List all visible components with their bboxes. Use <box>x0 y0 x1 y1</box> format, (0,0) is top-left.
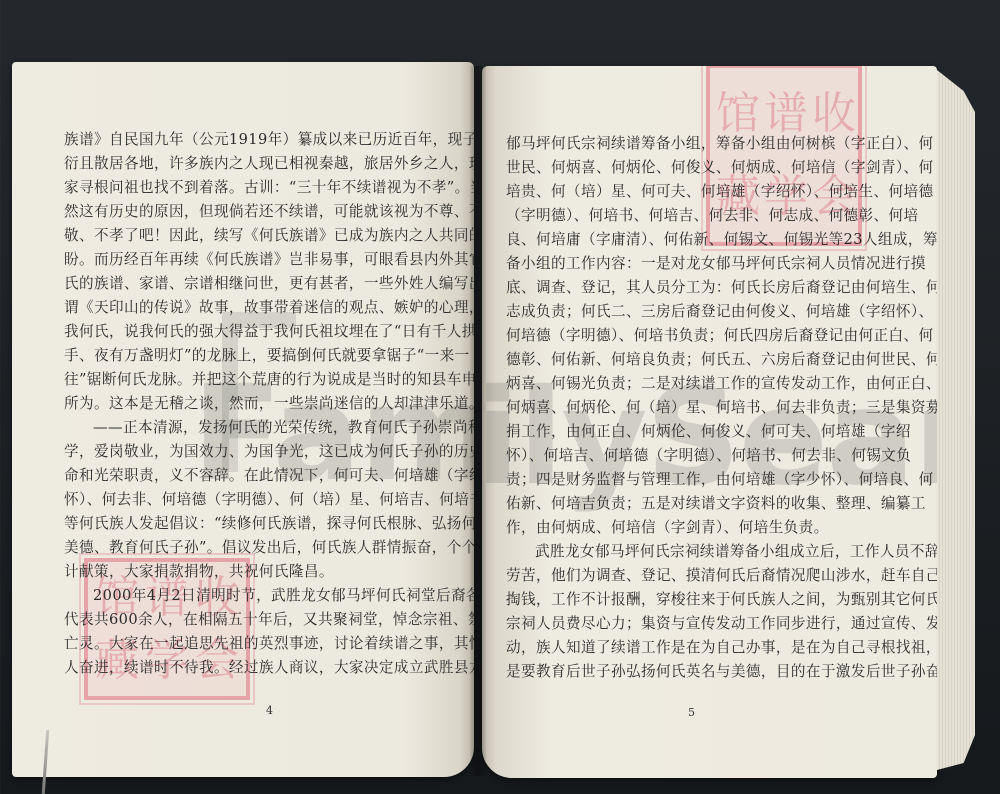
text-line: 衍且散居各地，许多族内之人现已相视秦越，旅居外乡之人，现回 <box>64 152 454 176</box>
text-line: 掏钱，工作不计报酬，穿梭往来于何氏族人之间，为甄别其它何氏 <box>506 588 902 612</box>
text-line: 宗祠人员费尽心力；集资与宣传发动工作同步进行，通过宣传、发 <box>506 612 902 636</box>
page-number-right: 5 <box>688 706 695 719</box>
text-line: 备小组的工作内容：一是对龙女郁马坪何氏宗祠人员情况进行摸 <box>506 252 902 276</box>
text-line: 志成负责；何氏二、三房后裔登记由何俊义、何培雄（字绍怀）、 <box>506 300 902 324</box>
text-line: 何培德（字明德）、何培书负责；何氏四房后裔登记由何正白、何 <box>506 324 902 348</box>
text-line: 手、夜有万盏明灯”的龙脉上，要搞倒何氏就要拿锯子“一来一 <box>64 344 454 368</box>
text-line: 代表共600余人，在相隔五十年后，又共聚祠堂，悼念宗祖、祭奠 <box>64 608 454 632</box>
text-line: 美德、教育何氏子孙”。倡议发出后，何氏族人群情振奋，个个献 <box>64 536 454 560</box>
paragraph-start-line: ——正本清源，发扬何氏的光荣传统，教育何氏子孙崇尚科 <box>64 416 454 440</box>
text-line: 族谱》自民国九年（公元1919年）纂成以来已历近百年，现子孙繁 <box>64 128 454 152</box>
text-line: 何炳喜、何炳伦、何（培）星、何培书、何去非负责；三是集资募 <box>506 396 902 420</box>
book-page-edges <box>937 70 975 770</box>
text-line: 盼。而历经百年再续《何氏族谱》岂非易事，可眼看县内外其它姓 <box>64 248 454 272</box>
text-line: 氏的族谱、家谱、宗谱相继问世，更有甚者，一些外姓人编写出所 <box>64 272 454 296</box>
text-line: 怀）、何培吉、何培德（字明德）、何培书、何去非、何锡文负 <box>506 444 902 468</box>
text-line: 学，爱岗敬业，为国效力、为国争光，这已成为何氏子孙的历史使 <box>64 440 454 464</box>
text-line: 敬、不孝了吧！因此，续写《何氏族谱》已成为族内之人共同的企 <box>64 224 454 248</box>
text-line: 谓《天印山的传说》故事，故事带着迷信的观点、嫉妒的心理，诬 <box>64 296 454 320</box>
text-line: 佑新、何培吉负责；五是对续谱文字资料的收集、整理、编纂工 <box>506 492 902 516</box>
text-line: 亡灵。大家在一起追思先祖的英烈事迹，讨论着续谱之事，其情摧 <box>64 632 454 656</box>
text-line: 然这有历史的原因，但现倘若还不续谱，可能就该视为不尊、不 <box>64 200 454 224</box>
text-line: 培贵、何（培）星、何可夫、何培雄（字绍怀）、何培生、何培德 <box>506 180 902 204</box>
text-line: 责；四是财务监督与管理工作，由何培雄（字少怀）、何培良、何 <box>506 468 902 492</box>
text-line: 往”锯断何氏龙脉。并把这个荒唐的行为说成是当时的知县车申田 <box>64 368 454 392</box>
book-spine <box>470 66 486 776</box>
text-line: 计献策，大家捐款捐物，共祝何氏隆昌。 <box>64 560 454 584</box>
text-line: 劳苦，他们为调查、登记、摸清何氏后裔情况爬山涉水，赶车自己 <box>506 564 902 588</box>
text-line: （字明德）、何培书、何培吉、何去非、何志成、何德彰、何培 <box>506 204 902 228</box>
text-line: 怀）、何去非、何培德（字明德）、何（培）星、何培吉、何培书 <box>64 488 454 512</box>
text-line: 德彰、何佑新、何培良负责；何氏五、六房后裔登记由何世民、何 <box>506 348 902 372</box>
text-line: 是要教育后世子孙弘扬何氏英名与美德，目的在于激发后世子孙奋 <box>506 660 902 684</box>
text-line: 作，由何炳成、何培信（字剑青）、何培生负责。 <box>506 516 902 540</box>
text-line: 捐工作，由何正白、何炳伦、何俊义、何可夫、何培雄（字绍 <box>506 420 902 444</box>
text-line: 所为。这本是无稽之谈，然而，一些崇尚迷信的人却津津乐道。 <box>64 392 454 416</box>
text-line: 我何氏，说我何氏的强大得益于我何氏祖坟埋在了“日有千人拱 <box>64 320 454 344</box>
text-line: 郁马坪何氏宗祠续谱筹备小组，筹备小组由何树槟（字正白）、何 <box>506 132 902 156</box>
paragraph-start-line: 武胜龙女郁马坪何氏宗祠续谱筹备小组成立后，工作人员不辞 <box>506 540 902 564</box>
left-page: FamilySearch 馆 谱 收 藏 学 会 族谱》自民国九年（公元1919… <box>12 62 474 777</box>
right-page: FamilySearch 馆 谱 收 藏 学 会 郁马坪何氏宗祠续谱筹备小组，筹… <box>482 66 937 778</box>
left-page-body: 族谱》自民国九年（公元1919年）纂成以来已历近百年，现子孙繁 衍且散居各地，许… <box>64 128 454 680</box>
right-page-body: 郁马坪何氏宗祠续谱筹备小组，筹备小组由何树槟（字正白）、何 世民、何炳喜、何炳伦… <box>506 132 902 684</box>
text-line: 世民、何炳喜、何炳伦、何俊义、何炳成、何培信（字剑青）、何 <box>506 156 902 180</box>
text-line: 底、调查、登记，其人员分工为：何氏长房后裔登记由何培生、何 <box>506 276 902 300</box>
text-line: 良、何培庸（字庸清）、何佑新、何锡文、何锡光等23人组成，筹 <box>506 228 902 252</box>
text-line: 家寻根问祖也找不到着落。古训：“三十年不续谱视为不孝”。当 <box>64 176 454 200</box>
text-line: 等何氏族人发起倡议：“续修何氏族谱，探寻何氏根脉、弘扬何氏 <box>64 512 454 536</box>
page-number-left: 4 <box>266 704 273 717</box>
text-line: 动，族人知道了续谱工作是在为自己办事，是在为自己寻根找祖， <box>506 636 902 660</box>
text-line: 人奋进，续谱时不待我。经过族人商议，大家决定成立武胜县龙女 <box>64 656 454 680</box>
text-line: 炳喜、何锡光负责；二是对续谱工作的宣传发动工作，由何正白、 <box>506 372 902 396</box>
text-line: 命和光荣职责，义不容辞。在此情况下，何可夫、何培雄（字绍 <box>64 464 454 488</box>
paragraph-start-line: 2000年4月2日清明时节，武胜龙女郁马坪何氏祠堂后裔各家选 <box>64 584 454 608</box>
